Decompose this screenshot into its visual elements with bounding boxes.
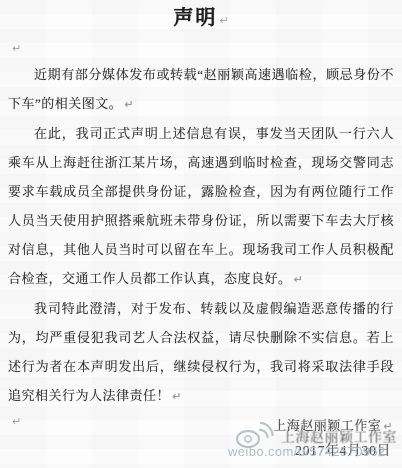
paragraph-mark-icon: ↵ (12, 415, 21, 428)
date-text: 2017年4月30日 (295, 444, 391, 459)
statement-paragraph-1: 近期有部分媒体发布或转载“赵丽颖高速遇临检，顾忌身份不下车”的相关图文。↵ (8, 60, 394, 119)
paragraph-text: 在此，我司正式声明上述信息有误，事发当天团队一行六人乘车从上海赶往浙江某片场，高… (8, 126, 394, 286)
title-text: 声明 (173, 7, 217, 29)
date-line: 2017年4月30日 (295, 440, 391, 460)
paragraph-mark-icon: ↵ (172, 390, 182, 403)
empty-paragraph: ↵ (8, 36, 394, 60)
statement-sheet: 声明↵ ↵ 近期有部分媒体发布或转载“赵丽颖高速遇临检，顾忌身份不下车”的相关图… (0, 0, 402, 468)
signature-text: 上海赵丽颖工作室 (273, 418, 381, 433)
paragraph-mark-icon: ↵ (12, 42, 21, 55)
paragraph-text: 近期有部分媒体发布或转载“赵丽颖高速遇临检，顾忌身份不下车”的相关图文。 (8, 67, 394, 111)
paragraph-mark-icon: ↵ (124, 98, 134, 111)
paragraph-text: 我司特此澄清，对于发布、转载以及虚假编造恶意传播的行为，均严重侵犯我司艺人合法权… (8, 301, 394, 403)
paragraph-mark-icon: ↵ (219, 14, 228, 27)
statement-title: 声明↵ (8, 4, 394, 34)
paragraph-mark-icon: ↵ (294, 273, 304, 286)
signature-line: 上海赵丽颖工作室↵ (273, 415, 393, 434)
statement-paragraph-2: 在此，我司正式声明上述信息有误，事发当天团队一行六人乘车从上海赶往浙江某片场，高… (8, 119, 394, 294)
paragraph-mark-icon: ↵ (383, 420, 393, 433)
statement-paragraph-3: 我司特此澄清，对于发布、转载以及虚假编造恶意传播的行为，均严重侵犯我司艺人合法权… (8, 294, 394, 411)
